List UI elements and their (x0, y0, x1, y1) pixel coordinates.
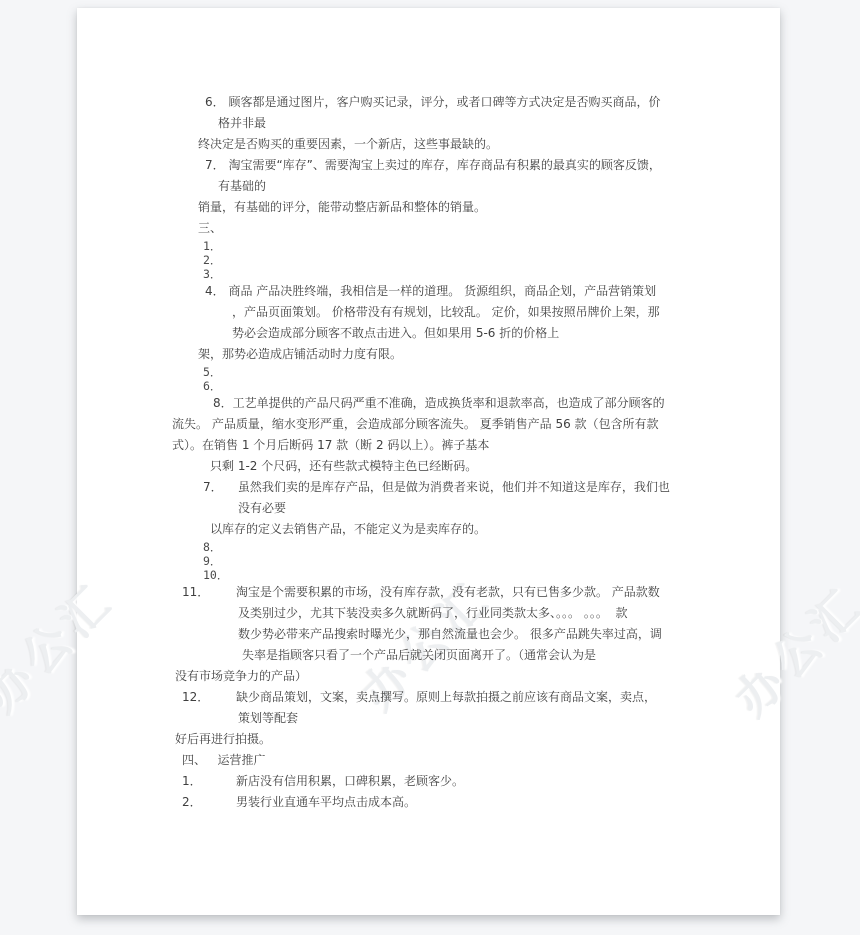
text-line: 2． 男装行业直通车平均点击成本高。 (172, 792, 732, 813)
text-line: 5． (172, 365, 732, 379)
text-line: 4． 商品 产品决胜终端，我相信是一样的道理。 货源组织，商品企划，产品营销策划 (172, 281, 732, 302)
text-line: 失率是指顾客只看了一个产品后就关闭页面离开了。（通常会认为是 (172, 645, 732, 666)
text-line: 3． (172, 267, 732, 281)
text-line: 11． 淘宝是个需要积累的市场，没有库存款，没有老款，只有已售多少款。 产品款数 (172, 582, 732, 603)
text-line: 架，那势必造成店铺活动时力度有限。 (172, 344, 732, 365)
text-line: 式）。在销售 1 个月后断码 17 款（断 2 码以上）。裤子基本 (172, 435, 732, 456)
text-line: 没有必要 (172, 498, 732, 519)
text-line: 7． 虽然我们卖的是库存产品，但是做为消费者来说，他们并不知道这是库存，我们也 (172, 477, 732, 498)
text-line: 策划等配套 (172, 708, 732, 729)
text-line: 2． (172, 253, 732, 267)
text-line: 7． 淘宝需要“库存”、需要淘宝上卖过的库存，库存商品有积累的最真实的顾客反馈， (172, 155, 732, 176)
text-line: 1． 新店没有信用积累，口碑积累，老顾客少。 (172, 771, 732, 792)
text-line: 有基础的 (172, 176, 732, 197)
document-lines: 6． 顾客都是通过图片，客户购买记录，评分，或者口碑等方式决定是否购买商品，价格… (172, 92, 732, 813)
text-line: ，产品页面策划。 价格带没有有规划，比较乱。 定价，如果按照吊牌价上架，那 (172, 302, 732, 323)
text-line: 9． (172, 554, 732, 568)
text-line: 势必会造成部分顾客不敢点击进入。但如果用 5-6 折的价格上 (172, 323, 732, 344)
text-line: 及类别过少，尤其下装没卖多久就断码了，行业同类款太多、。。。 。。。 款 (172, 603, 732, 624)
text-line: 销量，有基础的评分，能带动整店新品和整体的销量。 (172, 197, 732, 218)
text-line: 只剩 1-2 个尺码，还有些款式模特主色已经断码。 (172, 456, 732, 477)
text-line: 四、 运营推广 (172, 750, 732, 771)
text-line: 1． (172, 239, 732, 253)
text-line: 6． (172, 379, 732, 393)
text-line: 终决定是否购买的重要因素，一个新店，这些事最缺的。 (172, 134, 732, 155)
text-line: 流失。 产品质量，缩水变形严重，会造成部分顾客流失。 夏季销售产品 56 款（包… (172, 414, 732, 435)
text-line: 10． (172, 568, 732, 582)
text-line: 数少势必带来产品搜索时曝光少，那自然流量也会少。 很多产品跳失率过高，调 (172, 624, 732, 645)
text-line: 6． 顾客都是通过图片，客户购买记录，评分，或者口碑等方式决定是否购买商品，价 (172, 92, 732, 113)
text-line: 以库存的定义去销售产品，不能定义为是卖库存的。 (172, 519, 732, 540)
text-line: 没有市场竞争力的产品） (172, 666, 732, 687)
text-line: 8． (172, 540, 732, 554)
text-line: 格并非最 (172, 113, 732, 134)
text-line: 8．工艺单提供的产品尺码严重不准确，造成换货率和退款率高，也造成了部分顾客的 (172, 393, 732, 414)
text-line: 12． 缺少商品策划，文案，卖点撰写。原则上每款拍摄之前应该有商品文案，卖点， (172, 687, 732, 708)
text-line: 好后再进行拍摄。 (172, 729, 732, 750)
text-line: 三、 (172, 218, 732, 239)
